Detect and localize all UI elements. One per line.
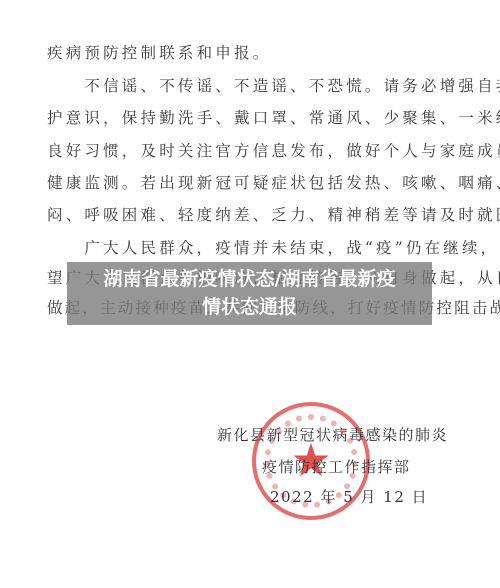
overlay-title-line1: 湖南省最新疫情状态/湖南省最新疫: [67, 265, 432, 293]
paragraph-line: 护意识，保持勤洗手、戴口罩、常通风、少聚集、一米线等: [47, 108, 500, 128]
signature-org-line2: 疫情防控工作指挥部: [262, 456, 411, 477]
overlay-title-line2: 情状态通报: [67, 293, 432, 321]
title-overlay-banner: 湖南省最新疫情状态/湖南省最新疫 情状态通报: [67, 262, 432, 325]
overlay-title: 湖南省最新疫情状态/湖南省最新疫 情状态通报: [67, 265, 432, 321]
signature-org-line1: 新化县新型冠状病毒感染的肺炎: [217, 424, 448, 445]
paragraph-line: 广大人民群众，疫情并未结束，战“疫”仍在继续，希: [47, 238, 500, 258]
paragraph-line: 健康监测。若出现新冠可疑症状包括发热、咳嗽、咽痛、胸: [47, 173, 500, 193]
paragraph-line: 闷、呼吸困难、轻度纳差、乏力、精神稍差等请及时就医。: [47, 205, 500, 225]
signature-date: 2022 年 5 月 12 日: [270, 486, 428, 507]
paragraph-line: 疾病预防控制联系和申报。: [47, 43, 271, 63]
paragraph-line: 良好习惯，及时关注官方信息发布，做好个人与家庭成员的: [47, 141, 500, 161]
paragraph-line: 不信谣、不传谣、不造谣、不恐慌。请务必增强自我防: [47, 76, 500, 96]
